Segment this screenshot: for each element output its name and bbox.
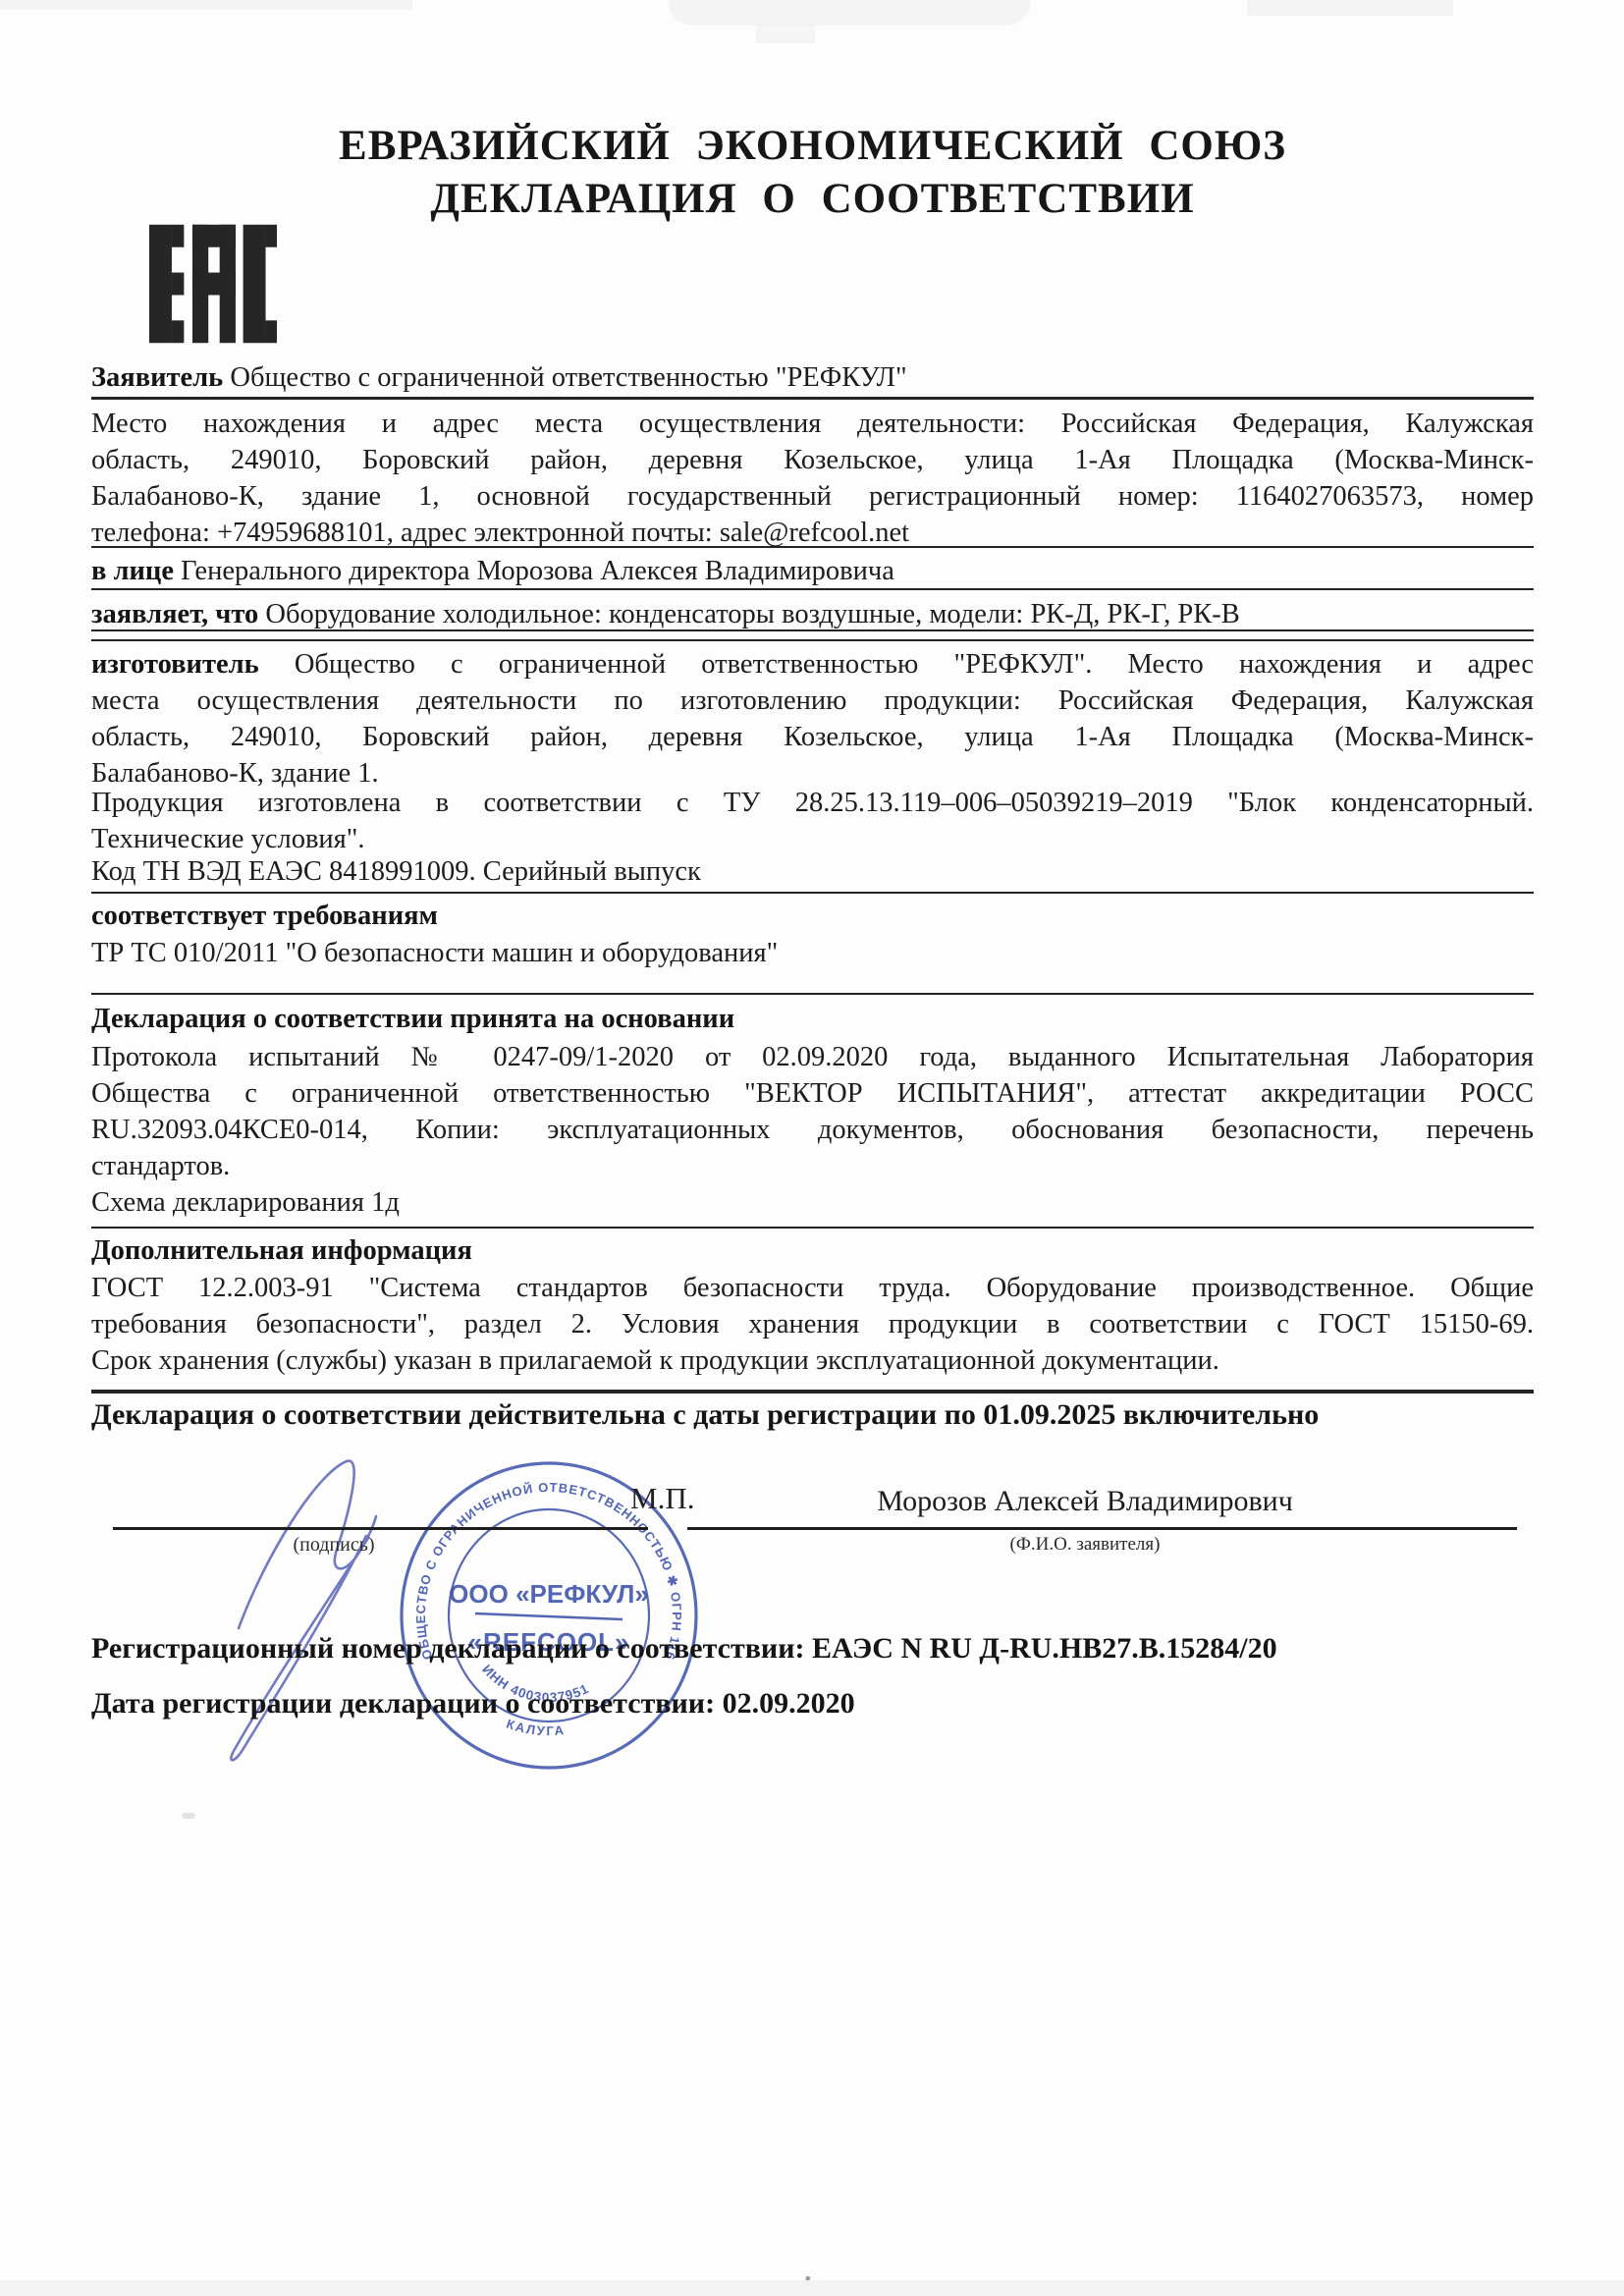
applicant-row: Заявитель Общество с ограниченной ответс… — [91, 359, 1534, 396]
produced-line: Продукция изготовлена в соответствии с Т… — [91, 785, 1534, 821]
registration-number-value: ЕАЭС N RU Д-RU.НВ27.В.15284/20 — [812, 1632, 1277, 1665]
divider — [91, 993, 1534, 995]
additional-heading: Дополнительная информация — [91, 1232, 1534, 1269]
name-caption: (Ф.И.О. заявителя) — [766, 1534, 1404, 1556]
scan-smudge — [0, 0, 412, 10]
registration-number-row: Регистрационный номер декларации о соотв… — [91, 1630, 1534, 1667]
applicant-value: Общество с ограниченной ответственностью… — [230, 362, 906, 393]
applicant-label: Заявитель — [91, 362, 223, 393]
manufacturer-line: Общество с ограниченной ответственностью… — [295, 649, 1534, 680]
manufacturer-label: изготовитель — [91, 649, 259, 680]
scan-smudge — [756, 22, 815, 43]
signature-caption: (подпись) — [236, 1534, 432, 1557]
basis-line: Протокола испытаний № 0247-09/1-2020 от … — [91, 1039, 1534, 1075]
divider — [91, 1390, 1534, 1394]
address-line: область, 249010, Боровский район, деревн… — [91, 442, 1534, 478]
registration-date-label: Дата регистрации декларации о соответств… — [91, 1687, 715, 1720]
registration-date-value: 02.09.2020 — [723, 1687, 855, 1720]
additional-line: требования безопасности", раздел 2. Усло… — [91, 1306, 1534, 1342]
declares-row: заявляет, что Оборудование холодильное: … — [91, 596, 1534, 632]
scan-edge-strip — [0, 2280, 1624, 2296]
basis-heading: Декларация о соответствии принята на осн… — [91, 1001, 1534, 1037]
declarant-name: Морозов Алексей Владимирович — [766, 1485, 1404, 1518]
divider — [91, 639, 1534, 641]
registration-number-label: Регистрационный номер декларации о соотв… — [91, 1632, 805, 1665]
divider — [91, 1227, 1534, 1229]
stamp-org-name: ООО «РЕФКУЛ» — [449, 1579, 649, 1609]
declarant-name-line — [687, 1527, 1517, 1530]
manufacturer-row: изготовитель Общество с ограниченной отв… — [91, 646, 1534, 683]
address-line: Балабаново-К, здание 1, основной государ… — [91, 478, 1534, 515]
basis-line: Общества с ограниченной ответственностью… — [91, 1075, 1534, 1112]
declaration-document-page: ЕВРАЗИЙСКИЙ ЭКОНОМИЧЕСКИЙ СОЮЗ ДЕКЛАРАЦИ… — [0, 0, 1624, 2296]
declares-value: Оборудование холодильное: конденсаторы в… — [265, 599, 1239, 629]
additional-line: Срок хранения (службы) указан в прилагае… — [91, 1342, 1534, 1379]
document-title-line1: ЕВРАЗИЙСКИЙ ЭКОНОМИЧЕСКИЙ СОЮЗ — [91, 122, 1534, 170]
produced-line: Технические условия". — [91, 821, 1534, 857]
declares-label: заявляет, что — [91, 599, 258, 629]
complies-heading: соответствует требованиям — [91, 898, 1534, 934]
declaration-scheme-row: Схема декларирования 1д — [91, 1184, 1534, 1221]
in-person-row: в лице Генерального директора Морозова А… — [91, 553, 1534, 589]
basis-line: стандартов. — [91, 1148, 1534, 1184]
validity-row: Декларация о соответствии действительна … — [91, 1396, 1534, 1433]
manufacturer-line: места осуществления деятельности по изго… — [91, 683, 1534, 719]
stamp-place-mark: М.П. — [630, 1481, 694, 1516]
scan-smudge — [668, 0, 1031, 26]
additional-line: ГОСТ 12.2.003-91 "Система стандартов без… — [91, 1270, 1534, 1306]
document-title-line2: ДЕКЛАРАЦИЯ О СООТВЕТСТВИИ — [91, 175, 1534, 223]
manufacturer-line: область, 249010, Боровский район, деревн… — [91, 719, 1534, 755]
divider — [91, 629, 1534, 631]
divider — [91, 892, 1534, 894]
in-person-value: Генерального директора Морозова Алексея … — [181, 556, 894, 586]
basis-line: RU.32093.04КСЕ0-014, Копии: эксплуатацио… — [91, 1112, 1534, 1148]
divider — [91, 546, 1534, 548]
registration-date-row: Дата регистрации декларации о соответств… — [91, 1685, 1534, 1722]
divider — [91, 397, 1534, 400]
complies-text: ТР ТС 010/2011 "О безопасности машин и о… — [91, 935, 1534, 971]
address-line: Место нахождения и адрес места осуществл… — [91, 406, 1534, 442]
tnved-code-row: Код ТН ВЭД ЕАЭС 8418991009. Серийный вып… — [91, 853, 1534, 890]
in-person-label: в лице — [91, 556, 174, 586]
signature-line — [113, 1527, 648, 1530]
scan-artifact — [182, 1813, 195, 1819]
divider — [91, 588, 1534, 590]
eac-mark-icon — [149, 222, 277, 346]
scan-smudge — [1247, 0, 1453, 16]
